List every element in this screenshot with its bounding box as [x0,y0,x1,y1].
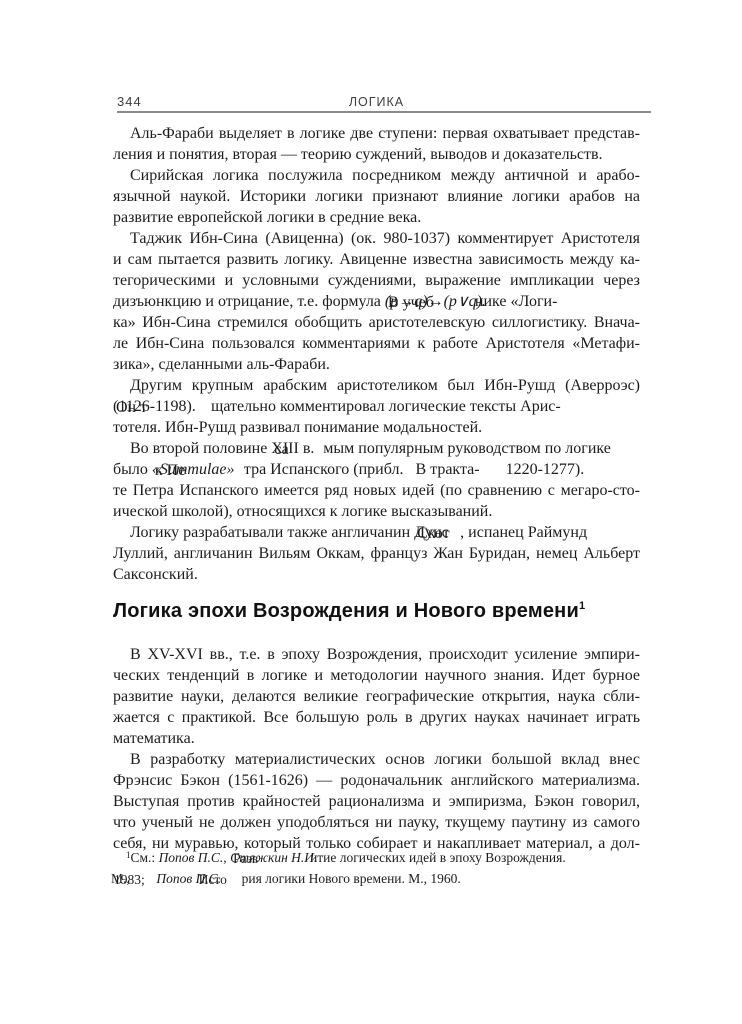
overprint-layer: Разв [233,848,258,869]
text-line: В разработку материалистических основ ло… [113,749,640,770]
text-line: развитие европейской логики в средние ве… [113,207,640,228]
text-run: рия логики Нового времени. М., 1960. [242,871,461,886]
text-run: Луллий, англичанин Вильям Оккам, француз… [113,545,640,562]
text-run: тра Испанского (прибл. [244,461,404,478]
text-run: дизъюнкцию и отрицание, т.е. формула [113,293,385,310]
text-line: было «Summulae»к Петра Испанского (прибл… [113,459,640,480]
book-page: 344 ЛОГИКА Аль-Фараби выделяет в логике … [0,0,742,1024]
text-run: что ученый не должен уподобляться ни пау… [113,814,640,831]
text-line: М.,1983; Попов П.С.История логики Нового… [111,868,640,889]
text-line: 1См.: Попов П.С., Стяжкин Н.И.Развитие л… [111,847,640,868]
text-run: и сам пытается развить логику. Авиценне … [113,251,640,268]
overprinted-text: XIII в.са [271,438,323,458]
text-run: В разработку материалистических основ ло… [130,751,640,768]
text-run: жается с практикой. Все большую роль в д… [113,709,640,726]
running-title: ЛОГИКА [113,95,640,109]
overprint-layer: Исто [199,869,227,890]
text-run: было [113,461,152,478]
text-run: тотеля. Ибн-Рушд развивал понимание мода… [113,419,482,436]
text-run: нике «Логи- [475,293,558,310]
text-line: дизъюнкцию и отрицание, т.е. формула (p→… [113,291,640,312]
footnote: 1См.: Попов П.С., Стяжкин Н.И.Развитие л… [111,847,640,889]
text-run: математика. [113,730,195,747]
overprinted-text: ДунсСкот [414,522,460,542]
section-heading-text: Логика эпохи Возрождения и Нового времен… [113,600,579,622]
text-run: язычной наукой. Историки логики признают… [113,188,640,205]
text-line: зика», сделанными аль-Фараби. [113,354,640,375]
text-run: развитие науки, делаются великие географ… [113,688,640,705]
text-run: Выступая против крайностей рационализма … [113,793,640,810]
overprint-layer: В учеб [388,292,434,313]
text-run: См.: [131,850,159,865]
text-line: ической школой), относящихся к логике вы… [113,501,640,522]
overprinted-text: Стяжкин Н.И.Разв [230,847,310,867]
text-line: Другим крупным арабским аристотеликом бы… [113,375,640,396]
text-run: Попов П.С., [159,850,231,865]
text-run: ка» Ибн-Сина стремился обобщить аристоте… [113,314,640,331]
overprint-layer: са [274,439,288,460]
text-line: ческих тенденций в логике и методологии … [113,665,640,686]
text-run: Логику разрабатывали также англичанин [130,524,414,541]
text-line: Аль-Фараби выделяет в логике две ступени… [113,123,640,144]
text-line: что ученый не должен уподобляться ни пау… [113,812,640,833]
overprinted-text: «Summulae»к Пе [152,459,244,479]
text-run: ической школой), относящихся к логике вы… [113,503,492,520]
text-line: ле Ибн-Сина пользовался комментариями к … [113,333,640,354]
text-run: тегорическими и условными суждениями, вы… [113,272,640,289]
text-line: Фрэнсис Бэкон (1561-1626) — родоначальни… [113,770,640,791]
text-run: , испанец Раймунд [460,524,587,541]
overprint-layer: 1983; [114,869,145,890]
text-line: и сам пытается развить логику. Авиценне … [113,249,640,270]
text-line: Луллий, англичанин Вильям Оккам, француз… [113,543,640,564]
text-run: В XV-XVI вв., т.е. в эпоху Возрождения, … [130,646,640,663]
text-line: Выступая против крайностей рационализма … [113,791,640,812]
text-line: тегорическими и условными суждениями, вы… [113,270,640,291]
text-run: зика», сделанными аль-Фараби. [113,356,330,373]
text-run: Саксонский. [113,566,198,583]
overprinted-text: П.С.Исто [196,868,242,888]
text-line: Во второй половине XIII в.самым популярн… [113,438,640,459]
overprinted-text: (1126-1198).Он т [113,396,211,416]
text-run: Фрэнсис Бэкон (1561-1626) — родоначальни… [113,772,640,789]
text-run: Аль-Фараби выделяет в логике две ступени… [130,125,640,142]
text-run: мым популярным руководством по логике [323,440,611,457]
text-run: те Петра Испанского имеется ряд новых ид… [113,482,640,499]
text-run: Во второй половине [130,440,271,457]
text-line: язычной наукой. Историки логики признают… [113,186,640,207]
text-gap [403,473,415,474]
overprint-layer: Скот [417,523,449,544]
text-line: Таджик Ибн-Сина (Авиценна) (ок. 980-1037… [113,228,640,249]
header-rule [117,111,651,113]
text-run: Другим крупным арабским аристотеликом бы… [130,377,640,394]
text-line: жается с практикой. Все большую роль в д… [113,707,640,728]
text-line: те Петра Испанского имеется ряд новых ид… [113,480,640,501]
text-line: тотеля. Ибн-Рушд развивал понимание мода… [113,417,640,438]
text-run: Таджик Ибн-Сина (Авиценна) (ок. 980-1037… [130,230,640,247]
text-line: Сирийская логика послужила посредником м… [113,165,640,186]
text-run: итие логических идей в эпоху Возрождения… [310,850,566,865]
heading-footnote-ref: 1 [579,600,585,612]
overprint-layer: к Пе [155,460,185,481]
text-run: Попов [156,871,195,886]
overprint-layer: Он т [116,397,147,418]
text-run: щательно комментировал логические тексты… [211,398,561,415]
text-line: развитие науки, делаются великие географ… [113,686,640,707]
text-run: ления и понятия, вторая — теорию суждени… [113,146,603,163]
text-gap [480,473,506,474]
body-text-renaissance-logic: В XV-XVI вв., т.е. в эпоху Возрождения, … [113,644,640,854]
section-heading: Логика эпохи Возрождения и Нового времен… [113,600,713,623]
text-run: развитие европейской логики в средние ве… [113,209,421,226]
text-run: В тракта- [415,461,479,478]
body-text-medieval-logic: Аль-Фараби выделяет в логике две ступени… [113,123,640,585]
text-line: ления и понятия, вторая — теорию суждени… [113,144,640,165]
text-run: ческих тенденций в логике и методологии … [113,667,640,684]
text-run: 1220-1277). [506,461,585,478]
text-line: (1126-1198).Он тщательно комментировал л… [113,396,640,417]
text-run: Сирийская логика послужила посредником м… [130,167,640,184]
text-line: В XV-XVI вв., т.е. в эпоху Возрождения, … [113,644,640,665]
text-line: Логику разрабатывали также англичанин Ду… [113,522,640,543]
overprinted-text: М.,1983; [111,868,153,888]
text-run: ле Ибн-Сина пользовался комментариями к … [113,335,640,352]
text-line: ка» Ибн-Сина стремился обобщить аристоте… [113,312,640,333]
text-line: Саксонский. [113,564,640,585]
text-line: математика. [113,728,640,749]
overprinted-text: (p→q)↔(p∨q).В учеб [385,291,475,311]
